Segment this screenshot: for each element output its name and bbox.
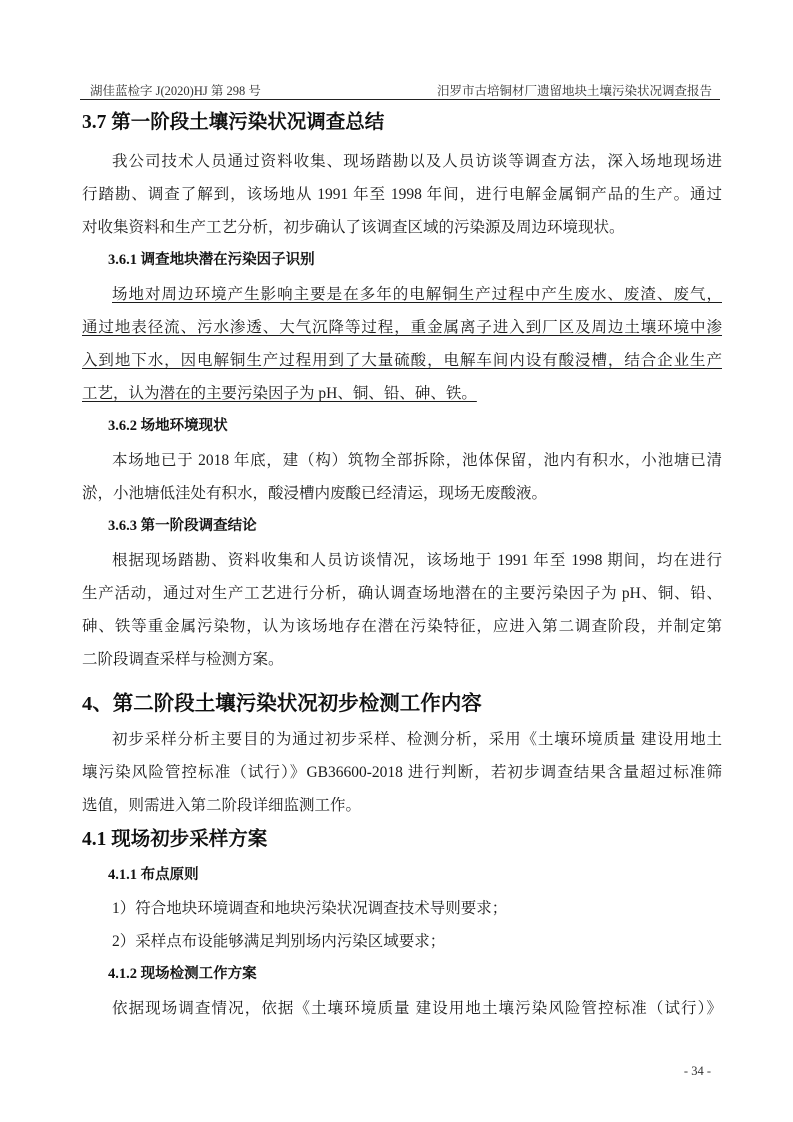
underlined-paragraph-line: 通过地表径流、污水渗透、大气沉降等过程，重金属离子进入到厂区及周边土壤环境中渗 bbox=[82, 315, 722, 337]
page-number: - 34 - bbox=[684, 1064, 711, 1079]
paragraph-line: 生产活动，通过对生产工艺进行分析，确认调查场地潜在的主要污染因子为 pH、铜、铅… bbox=[82, 581, 722, 603]
section-4-1-2-heading: 4.1.2 现场检测工作方案 bbox=[108, 962, 257, 983]
section-4-1-1-heading: 4.1.1 布点原则 bbox=[108, 863, 199, 884]
paragraph-line: 初步采样分析主要目的为通过初步采样、检测分析，采用《土壤环境质量 建设用地土 bbox=[112, 727, 722, 749]
paragraph-line: 依据现场调查情况，依据《土壤环境质量 建设用地土壤污染风险管控标准（试行）》 bbox=[112, 996, 722, 1018]
section-3-7-heading: 3.7 第一阶段土壤污染状况调查总结 bbox=[82, 106, 384, 134]
paragraph-line: 本场地已于 2018 年底，建（构）筑物全部拆除，池体保留，池内有积水，小池塘已… bbox=[112, 448, 722, 470]
paragraph-line: 二阶段调查采样与检测方案。 bbox=[82, 647, 722, 669]
paragraph-line: 选值，则需进入第二阶段详细监测工作。 bbox=[82, 793, 722, 815]
list-item: 2）采样点布设能够满足判别场内污染区域要求； bbox=[112, 929, 722, 951]
paragraph-line: 壤污染风险管控标准（试行）》GB36600-2018 进行判断，若初步调查结果含… bbox=[82, 760, 722, 782]
paragraph-line: 根据现场踏勘、资料收集和人员访谈情况，该场地于 1991 年至 1998 期间，… bbox=[112, 548, 722, 570]
section-3-6-3-heading: 3.6.3 第一阶段调查结论 bbox=[108, 514, 257, 535]
underlined-paragraph-line: 场地对周边环境产生影响主要是在多年的电解铜生产过程中产生废水、废渣、废气， bbox=[112, 282, 722, 304]
paragraph-line: 砷、铁等重金属污染物，认为该场地存在潜在污染特征，应进入第二调查阶段，并制定第 bbox=[82, 614, 722, 636]
section-4-heading: 4、第二阶段土壤污染状况初步检测工作内容 bbox=[82, 686, 482, 716]
section-4-1-heading: 4.1 现场初步采样方案 bbox=[82, 823, 267, 851]
list-item: 1）符合地块环境调查和地块污染状况调查技术导则要求； bbox=[112, 896, 722, 918]
paragraph-line: 对收集资料和生产工艺分析，初步确认了该调查区域的污染源及周边环境现状。 bbox=[82, 215, 722, 237]
report-number: 湖佳蓝检字 J(2020)HJ 第 298 号 bbox=[90, 81, 261, 99]
page-header: 湖佳蓝检字 J(2020)HJ 第 298 号 汨罗市古培铜材厂遗留地块土壤污染… bbox=[80, 79, 720, 100]
underlined-paragraph-line: 工艺，认为潜在的主要污染因子为 pH、铜、铅、砷、铁。 bbox=[82, 381, 722, 403]
section-3-6-1-heading: 3.6.1 调查地块潜在污染因子识别 bbox=[108, 248, 315, 269]
paragraph-line: 行踏勘、调查了解到，该场地从 1991 年至 1998 年间，进行电解金属铜产品… bbox=[82, 182, 722, 204]
report-title: 汨罗市古培铜材厂遗留地块土壤污染状况调查报告 bbox=[437, 81, 712, 99]
paragraph-line: 淤，小池塘低洼处有积水，酸浸槽内废酸已经清运，现场无废酸液。 bbox=[82, 481, 722, 503]
section-3-6-2-heading: 3.6.2 场地环境现状 bbox=[108, 414, 228, 435]
underlined-paragraph-line: 入到地下水，因电解铜生产过程用到了大量硫酸，电解车间内设有酸浸槽，结合企业生产 bbox=[82, 348, 722, 370]
paragraph-line: 我公司技术人员通过资料收集、现场踏勘以及人员访谈等调查方法，深入场地现场进 bbox=[112, 149, 722, 171]
